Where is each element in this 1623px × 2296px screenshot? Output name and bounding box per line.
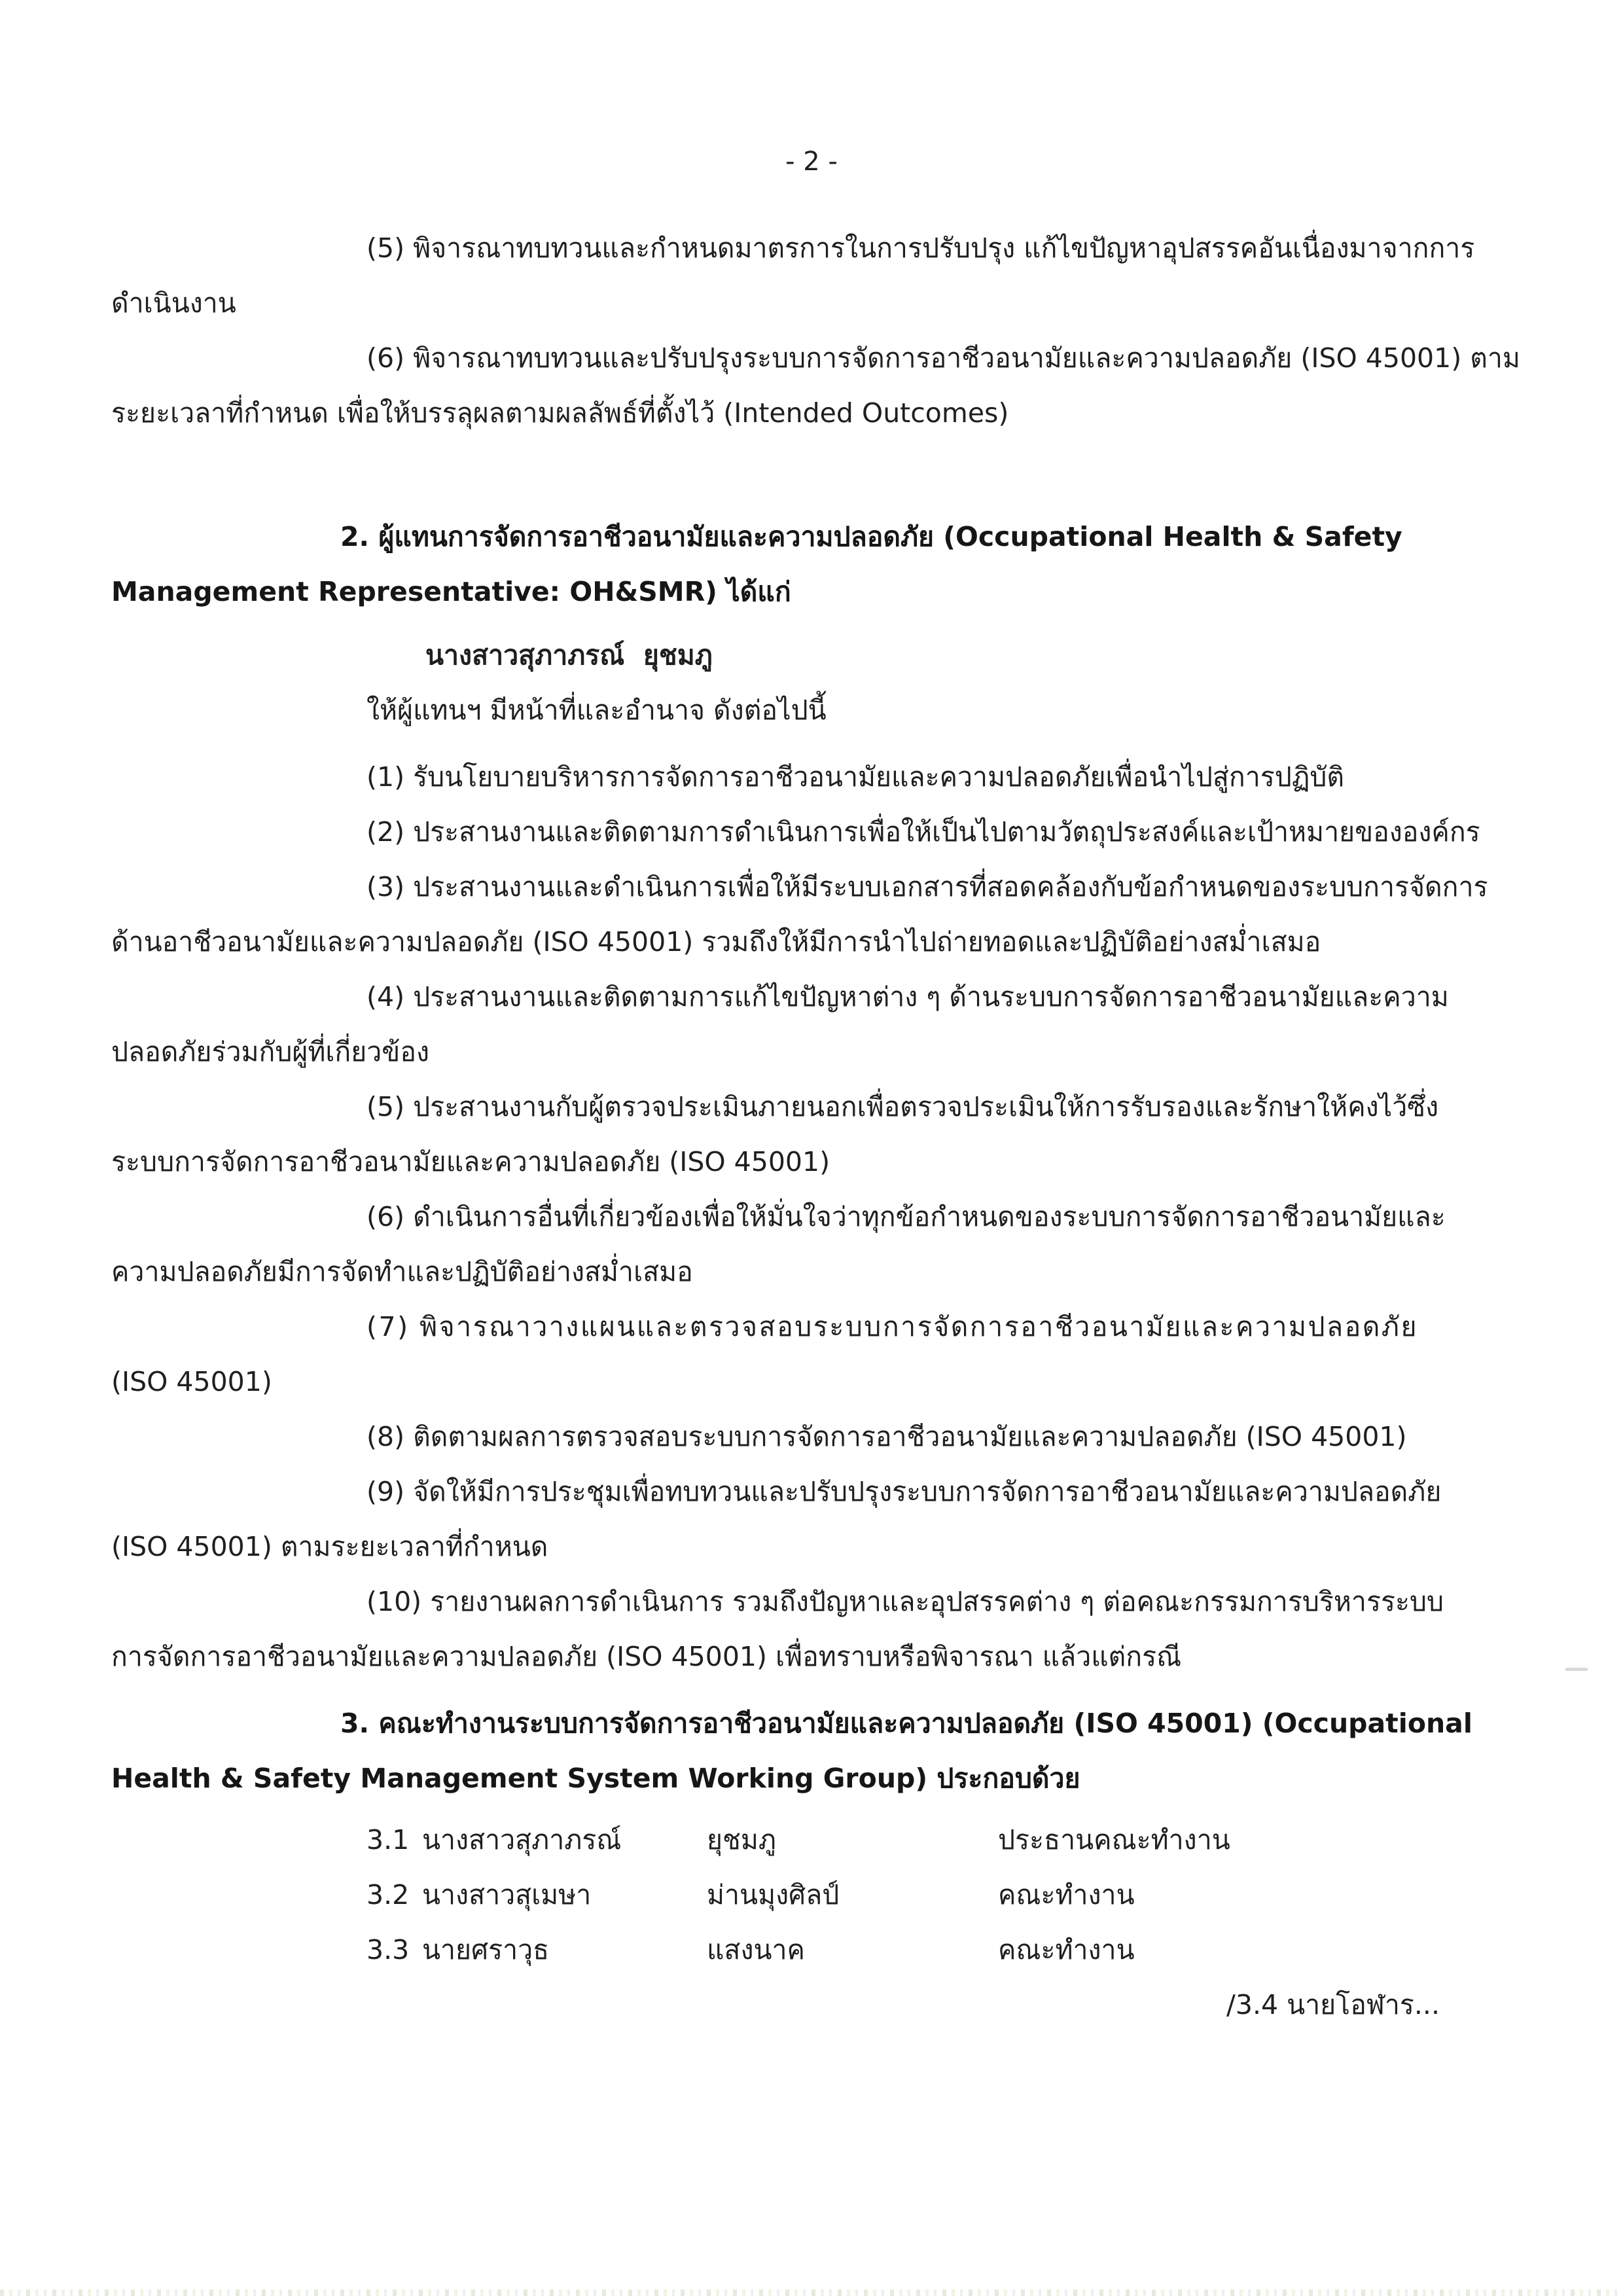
scan-artifact-dash <box>1565 1668 1588 1671</box>
member-lastname: แสงนาค <box>707 1922 998 1977</box>
duty6-line2: ความปลอดภัยมีการจัดทำและปฏิบัติอย่างสม่ำ… <box>111 1244 1459 1299</box>
page-number: - 2 - <box>0 134 1623 189</box>
duty3-line1: (3) ประสานงานและดำเนินการเพื่อให้มีระบบเ… <box>366 859 1459 914</box>
duty9-line1: (9) จัดให้มีการประชุมเพื่อทบทวนและปรับปร… <box>366 1464 1459 1519</box>
duty5-line2: ระบบการจัดการอาชีวอนามัยและความปลอดภัย (… <box>111 1134 1459 1189</box>
item5-line2: ดำเนินงาน <box>111 276 1459 331</box>
member-row-3-2: 3.2 นางสาวสุเมษา ม่านมุงศิลป์ คณะทำงาน <box>366 1867 1459 1922</box>
duty7-line2: (ISO 45001) <box>111 1354 1459 1409</box>
member-role: คณะทำงาน <box>998 1922 1459 1977</box>
duty4-line2: ปลอดภัยร่วมกับผู้ที่เกี่ยวข้อง <box>111 1024 1459 1079</box>
section3-heading-line1: 3. คณะทำงานระบบการจัดการอาชีวอนามัยและคว… <box>340 1696 1459 1751</box>
duty6-line1: (6) ดำเนินการอื่นที่เกี่ยวข้องเพื่อให้มั… <box>366 1189 1459 1244</box>
member-number: 3.1 <box>366 1812 422 1867</box>
continuation-note: /3.4 นายโอฬาร... <box>111 1977 1440 2032</box>
item6-line2: ระยะเวลาที่กำหนด เพื่อให้บรรลุผลตามผลลัพ… <box>111 386 1459 440</box>
duty2-line1: (2) ประสานงานและติดตามการดำเนินการเพื่อใ… <box>366 804 1459 859</box>
duty4-line1: (4) ประสานงานและติดตามการแก้ไขปัญหาต่าง … <box>366 969 1459 1024</box>
member-role: ประธานคณะทำงาน <box>998 1812 1459 1867</box>
member-number: 3.2 <box>366 1867 422 1922</box>
item6-line1: (6) พิจารณาทบทวนและปรับปรุงระบบการจัดการ… <box>366 331 1459 386</box>
scan-artifact-bottom-noise <box>0 2289 1623 2296</box>
member-role: คณะทำงาน <box>998 1867 1459 1922</box>
duty9-line2: (ISO 45001) ตามระยะเวลาที่กำหนด <box>111 1519 1459 1574</box>
duty10-line1: (10) รายงานผลการดำเนินการ รวมถึงปัญหาและ… <box>366 1574 1459 1629</box>
member-row-3-3: 3.3 นายศราวุธ แสงนาค คณะทำงาน <box>366 1922 1459 1977</box>
member-firstname: นางสาวสุภาภรณ์ <box>422 1812 707 1867</box>
duty5-line1: (5) ประสานงานกับผู้ตรวจประเมินภายนอกเพื่… <box>366 1079 1459 1134</box>
duty7-line1: (7) พิจารณาวางแผนและตรวจสอบระบบการจัดการ… <box>366 1299 1459 1354</box>
member-lastname: ยุชมภู <box>707 1812 998 1867</box>
section2-heading-line2: Management Representative: OH&SMR) ได้แก… <box>111 564 1459 619</box>
member-lastname: ม่านมุงศิลป์ <box>707 1867 998 1922</box>
member-row-3-1: 3.1 นางสาวสุภาภรณ์ ยุชมภู ประธานคณะทำงาน <box>366 1812 1459 1867</box>
member-firstname: นายศราวุธ <box>422 1922 707 1977</box>
document-page: - 2 - (5) พิจารณาทบทวนและกำหนดมาตรการในก… <box>0 0 1623 2296</box>
item5-line1: (5) พิจารณาทบทวนและกำหนดมาตรการในการปรับ… <box>366 221 1459 276</box>
section2-heading-line1: 2. ผู้แทนการจัดการอาชีวอนามัยและความปลอด… <box>340 509 1459 564</box>
duty10-line2: การจัดการอาชีวอนามัยและความปลอดภัย (ISO … <box>111 1629 1459 1684</box>
duty1-line1: (1) รับนโยบายบริหารการจัดการอาชีวอนามัยแ… <box>366 749 1459 804</box>
representative-name: นางสาวสุภาภรณ์ ยุชมภู <box>425 628 1459 683</box>
duty8-line1: (8) ติดตามผลการตรวจสอบระบบการจัดการอาชีว… <box>366 1409 1459 1464</box>
member-firstname: นางสาวสุเมษา <box>422 1867 707 1922</box>
section3-heading-line2: Health & Safety Management System Workin… <box>111 1751 1459 1806</box>
member-number: 3.3 <box>366 1922 422 1977</box>
duty3-line2: ด้านอาชีวอนามัยและความปลอดภัย (ISO 45001… <box>111 914 1459 969</box>
duties-intro: ให้ผู้แทนฯ มีหน้าที่และอำนาจ ดังต่อไปนี้ <box>366 683 1459 738</box>
